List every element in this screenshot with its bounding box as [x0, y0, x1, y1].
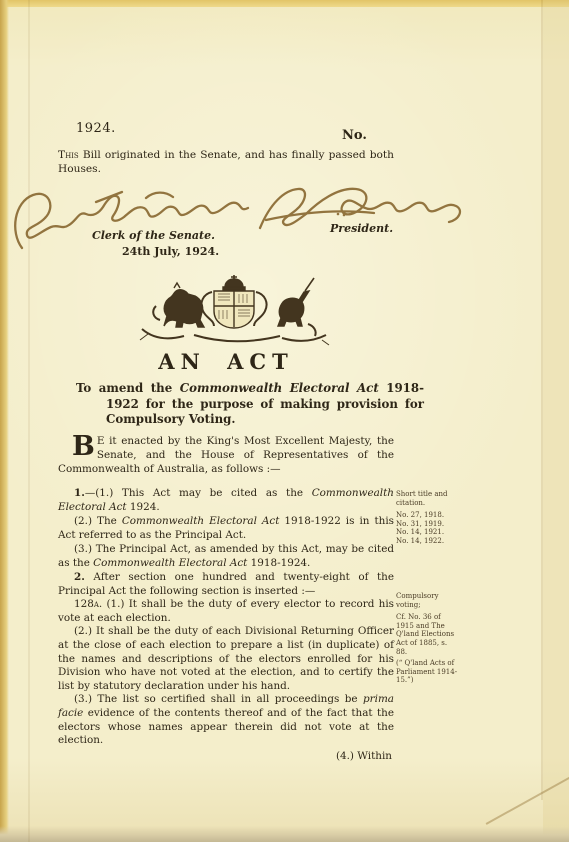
origination-note-text: Bill originated in the Senate, and has f… [58, 149, 394, 175]
royal-coat-of-arms-icon [138, 272, 330, 348]
year-label: 1924. [76, 121, 116, 136]
section-2: 2. After section one hundred and twenty-… [58, 571, 394, 763]
act-number-label: No. [342, 128, 367, 143]
margin-note-text: Short title and citation. [396, 490, 448, 507]
cited-act-italic: Commonwealth Electoral Act [93, 557, 247, 569]
citation-line: No. 14, 1921. [396, 528, 458, 537]
margin-note-compulsory-voting: Compulsory voting; Cf. No. 36 of 1915 an… [396, 592, 458, 685]
citation-line: No. 27, 1918. [396, 511, 458, 520]
margin-note-citations: No. 27, 1918. No. 31, 1919. No. 14, 1921… [396, 511, 458, 545]
section-1-sub-2-text: (2.) The [74, 515, 122, 527]
citation-line: Cf. No. 36 of 1915 and The Q'land Electi… [396, 613, 458, 656]
page-edge-right-shade [543, 0, 569, 842]
section-2-intro-text: After section one hundred and twenty-eig… [58, 571, 394, 597]
section-128a-sub-3: (3.) The list so certified shall in all … [58, 693, 394, 747]
president-signature-underline [266, 211, 374, 220]
page-edge-left [0, 0, 9, 842]
margin-note-citations: Cf. No. 36 of 1915 and The Q'land Electi… [396, 613, 458, 685]
enacting-dropcap: B [72, 434, 95, 459]
scanned-act-page: 1924. No. This Bill originated in the Se… [0, 0, 569, 842]
clerk-title: Clerk of the Senate. [92, 229, 215, 242]
section-1-number: 1. [74, 487, 85, 499]
act-long-title: To amend the Commonwealth Electoral Act … [76, 381, 424, 428]
section-128a-sub-1: 128A. (1.) It shall be the duty of every… [58, 598, 394, 625]
inserted-section-number: 128A. [74, 598, 102, 610]
paper-fold-line [28, 0, 30, 842]
long-title-lead: To amend the [76, 381, 180, 395]
margin-note-text: Compulsory voting; [396, 592, 439, 609]
origination-note-smallcaps: This [58, 149, 79, 161]
act-heading: AN ACT [58, 349, 394, 374]
section-1: 1.—(1.) This Act may be cited as the Com… [58, 486, 394, 570]
section-1-sub-3: (3.) The Principal Act, as amended by th… [58, 542, 394, 570]
catchword: (4.) Within [58, 750, 394, 764]
section-1-sub-1-tail: 1924. [127, 501, 160, 513]
page-edge-bottom [0, 826, 569, 842]
page-edge-right-line [541, 0, 543, 800]
section-128a-sub-2: (2.) It shall be the duty of each Divisi… [58, 625, 394, 693]
cited-act-italic: Commonwealth Electoral Act [122, 515, 280, 527]
president-title: President. [330, 222, 393, 235]
enacting-text: E it enacted by the King's Most Excellen… [58, 435, 394, 475]
section-128a-sub-3-tail: evidence of the contents thereof and of … [58, 707, 394, 746]
long-title-cited-act: Commonwealth Electoral Act [180, 381, 379, 395]
section-1-sub-1-text: —(1.) This Act may be cited as the [85, 487, 312, 499]
president-signature-dot [343, 214, 346, 217]
section-128a-sub-1-text: (1.) It shall be the duty of every elect… [58, 598, 394, 624]
section-1-sub-3-tail: 1918-1924. [247, 557, 310, 569]
section-2-intro: 2. After section one hundred and twenty-… [58, 571, 394, 598]
signatures-ink [6, 182, 476, 258]
citation-line: (“ Q'land Acts of Parliament 1914-15.”) [396, 659, 458, 685]
page-edge-top [0, 0, 569, 7]
president-signature-dot [337, 213, 340, 216]
citation-line: No. 31, 1919. [396, 520, 458, 529]
section-1-sub-1: 1.—(1.) This Act may be cited as the Com… [58, 486, 394, 514]
clerk-date: 24th July, 1924. [122, 245, 219, 258]
origination-note: This Bill originated in the Senate, and … [58, 148, 394, 176]
section-1-sub-2: (2.) The Commonwealth Electoral Act 1918… [58, 514, 394, 542]
enacting-clause: BE it enacted by the King's Most Excelle… [58, 434, 394, 476]
margin-note-short-title: Short title and citation. No. 27, 1918. … [396, 490, 458, 546]
section-2-number: 2. [74, 571, 85, 583]
section-128a-sub-3-text: (3.) The list so certified shall in all … [74, 693, 363, 705]
citation-line: No. 14, 1922. [396, 537, 458, 546]
